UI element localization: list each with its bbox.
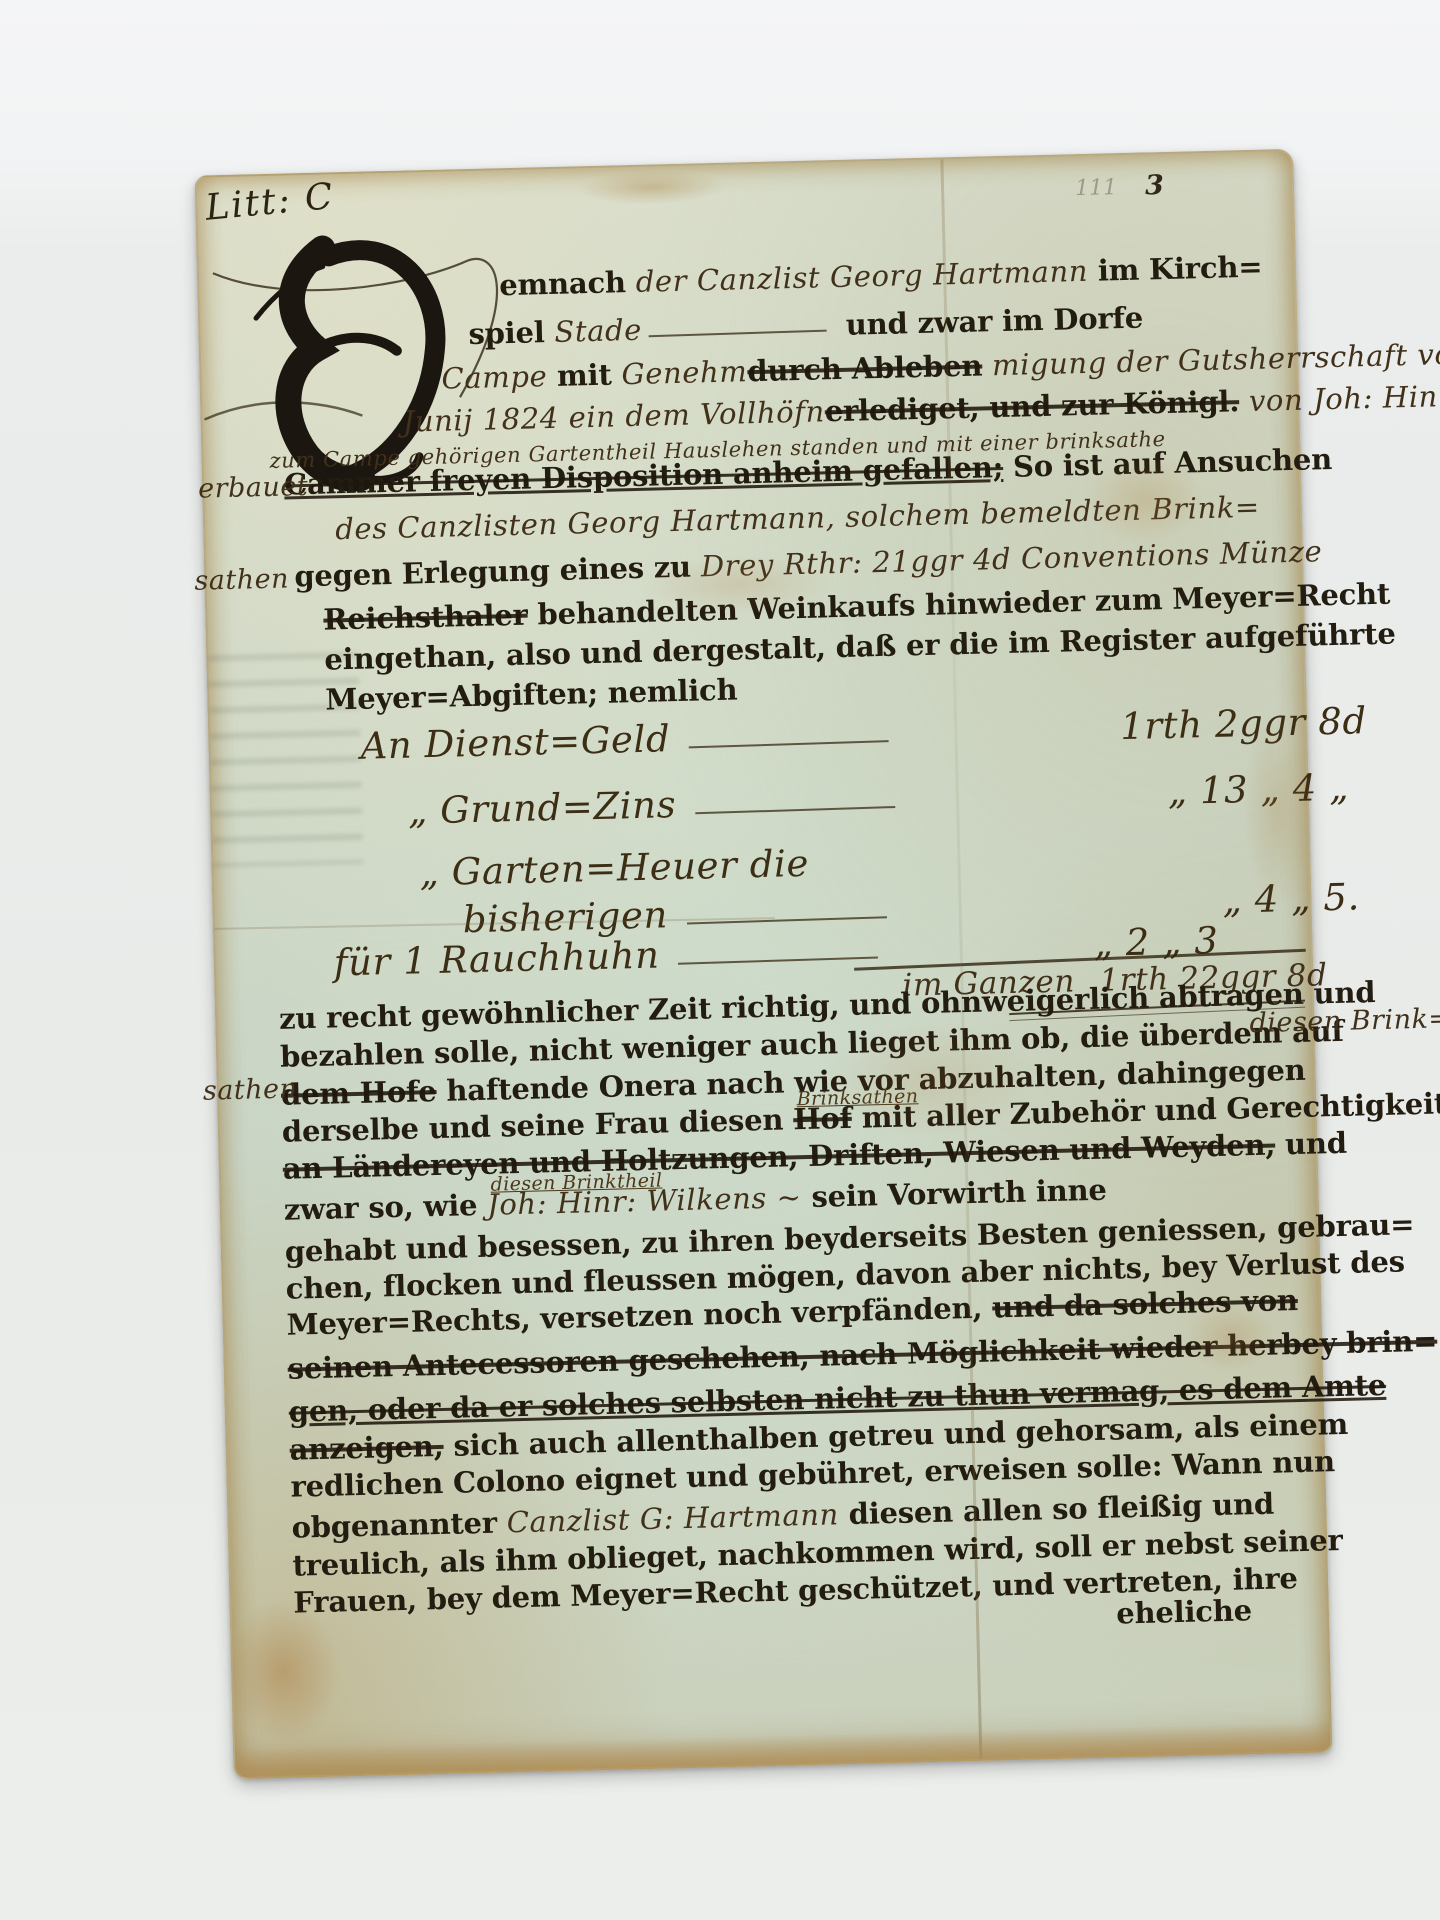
- account-value: 1rth 2ggr 8d: [1120, 701, 1367, 748]
- text-segment: von Joh: Hinr Wilkens: [1239, 376, 1440, 418]
- archive-mark: Litt: C: [204, 176, 337, 229]
- text-segment: mit: [557, 357, 622, 393]
- leader-line: [694, 786, 895, 815]
- text-segment: Meyer=Abgiften; nemlich: [325, 673, 738, 717]
- text-segment: Drey Rthr: 21ggr 4d Conventions Münze: [700, 534, 1322, 583]
- page-number: 3: [1145, 170, 1165, 201]
- stain: [577, 169, 728, 207]
- text-line: Meyer=Abgiften; nemlich: [325, 675, 738, 717]
- text-line: emnach der Canzlist Georg Hartmann im Ki…: [499, 252, 1263, 303]
- account-entry: „ Grund=Zins: [408, 783, 677, 833]
- text-segment: und zwar im Dorfe: [835, 301, 1143, 342]
- account-entry: „ Garten=Heuer die: [419, 842, 809, 895]
- account-row: „ Grund=Zins „ 13 „ 4 „: [408, 778, 906, 832]
- text-segment: zwar so, wie: [283, 1188, 487, 1227]
- photo-backdrop: Litt: C 111 3 emnach der Canzlist Georg …: [0, 0, 1440, 1920]
- margin-note: sathen: [203, 1073, 298, 1106]
- text-segment: anzeigen,: [289, 1429, 444, 1467]
- text-segment: Campe: [441, 359, 557, 396]
- text-segment: obgenannter: [291, 1505, 507, 1544]
- text-segment: diesen allen so fleißig und: [838, 1487, 1274, 1532]
- text-segment: Genehm: [621, 354, 748, 391]
- text-segment: emnach: [499, 265, 636, 302]
- account-row: „ Garten=Heuer die: [419, 843, 809, 894]
- margin-note: diesen Brink=: [1249, 1003, 1440, 1039]
- text-segment: Brinksathen: [796, 1089, 797, 1110]
- leader-line: [689, 720, 890, 749]
- text-segment: spiel: [468, 315, 555, 351]
- text-segment: sein Vorwirth inne: [801, 1173, 1107, 1214]
- text-segment: gegen Erlegung eines zu: [294, 549, 701, 593]
- text-line: des Canzlisten Georg Hartmann, solchem b…: [335, 492, 1260, 546]
- account-row: für 1 Rauchhuhn „ 2 „ 3: [333, 929, 888, 984]
- account-row: An Dienst=Geld 1rth 2ggr 8d: [360, 713, 899, 768]
- text-segment: dem Hofe: [281, 1074, 437, 1112]
- text-segment: diesen Brinktheil: [490, 1175, 491, 1196]
- text-segment: eheliche: [1116, 1593, 1252, 1630]
- browned-bottom-edge: [235, 1722, 1330, 1779]
- text-segment: des Canzlisten Georg Hartmann, solchem b…: [335, 490, 1260, 547]
- text-segment: und da solches von: [992, 1283, 1298, 1324]
- text-segment: Reichsthaler: [323, 598, 528, 637]
- text-segment: im Kirch=: [1097, 250, 1262, 288]
- account-entry: An Dienst=Geld: [360, 717, 671, 768]
- text-segment: Canzlist G: Hartmann: [506, 1497, 839, 1539]
- verso-bleedthrough: [208, 644, 363, 868]
- text-segment: erlediget, und zur Königl.: [824, 384, 1239, 428]
- text-line: spiel Stade und zwar im Dorfe: [468, 303, 1143, 351]
- account-entry: für 1 Rauchhuhn: [333, 934, 660, 985]
- text-segment: migung der Gutsherrschaft vom 2t: [982, 335, 1440, 382]
- faint-stamp: 111: [1075, 175, 1118, 201]
- text-segment: der Canzlist Georg Hartmann: [635, 254, 1098, 299]
- account-value: „ 4 „ 5.: [1222, 877, 1360, 921]
- blank-leader-line: [648, 314, 826, 338]
- text-segment: So ist auf Ansuchen: [1003, 442, 1333, 484]
- margin-note: erbauet: [198, 471, 309, 505]
- margin-note: sathen: [194, 563, 289, 596]
- text-segment: und: [1275, 1126, 1348, 1162]
- text-segment: Stade: [554, 313, 642, 349]
- account-value: „ 13 „ 4 „: [1167, 768, 1349, 813]
- leader-line: [678, 936, 879, 965]
- document-paper: Litt: C 111 3 emnach der Canzlist Georg …: [195, 149, 1333, 1779]
